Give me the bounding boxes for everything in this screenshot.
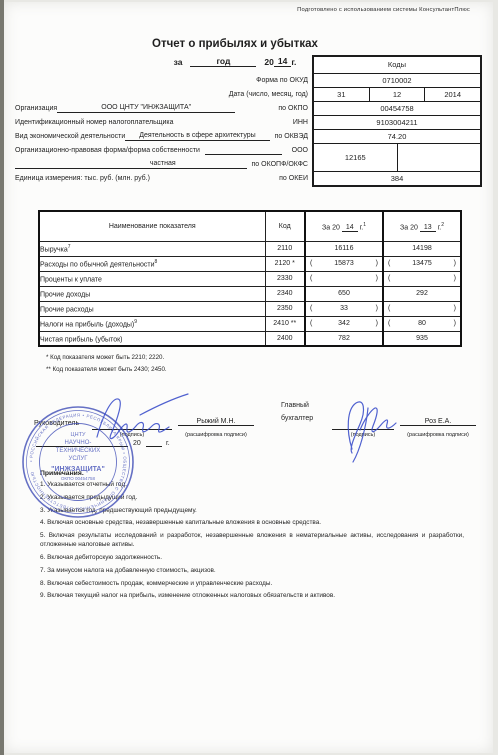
table-header-row: Наименование показателя Код За 20 14 г.1… bbox=[39, 211, 461, 241]
ownership-value: частная bbox=[15, 160, 247, 170]
column-header-2013: За 20 13 г.2 bbox=[383, 211, 461, 241]
accountant-name: Роз Е.А. bbox=[400, 418, 476, 426]
value-2014-cell: (342) bbox=[305, 316, 383, 331]
period-kind: год bbox=[190, 56, 256, 67]
table-row: Выручка7 2110 16116 14198 bbox=[39, 241, 461, 256]
table-row: Чистая прибыль (убыток) 2400 782 935 bbox=[39, 331, 461, 346]
table-row: Налоги на прибыль (доходы)9 2410 ** (342… bbox=[39, 316, 461, 331]
okfs-value bbox=[397, 144, 481, 171]
legal-form-label: Организационно-правовая форма/форма собс… bbox=[15, 147, 200, 156]
date-month: 12 bbox=[369, 88, 425, 101]
sign-date-year-blank bbox=[146, 437, 162, 447]
value-2013-cell: () bbox=[383, 271, 461, 286]
okopf-value: 12165 bbox=[314, 144, 397, 171]
notes-list: 1. Указывается отчетный год.2. Указывает… bbox=[40, 480, 464, 601]
note-item: 4. Включая основные средства, незавершен… bbox=[40, 518, 464, 528]
okud-label: Форма по ОКУД bbox=[251, 77, 308, 86]
table-row: Прочие расходы 2350 (33) () bbox=[39, 301, 461, 316]
indicator-code-cell: 2330 bbox=[265, 271, 305, 286]
column-header-name: Наименование показателя bbox=[39, 211, 265, 241]
value-2013-cell: 935 bbox=[383, 331, 461, 346]
accountant-role-1: Главный bbox=[281, 402, 309, 409]
indicator-code-cell: 2400 bbox=[265, 331, 305, 346]
value-2013-cell: 292 bbox=[383, 286, 461, 301]
indicator-code-cell: 2110 bbox=[265, 241, 305, 256]
okved-value: 74.20 bbox=[314, 129, 480, 143]
okopf-cells: 12165 bbox=[314, 143, 480, 171]
indicator-name-cell: Налоги на прибыль (доходы)9 bbox=[39, 316, 265, 331]
ownership-row: частная по ОКОПФ/ОКФС bbox=[15, 155, 308, 169]
inn-row: Идентификационный номер налогоплательщик… bbox=[15, 113, 308, 127]
notes-heading: Примечания. bbox=[40, 470, 464, 477]
watermark: Подготовлено с использованием системы Ко… bbox=[297, 7, 470, 13]
org-label: Организация bbox=[15, 105, 57, 114]
date-year: 2014 bbox=[424, 88, 480, 101]
okei-label: по ОКЕИ bbox=[274, 175, 308, 184]
period-century: 20 bbox=[264, 57, 273, 67]
leader-name: Рыжий М.Н. bbox=[178, 418, 254, 426]
footnote: * Код показателя может быть 2210; 2220. bbox=[46, 352, 167, 364]
leader-signature-line bbox=[92, 408, 172, 430]
indicator-name-cell: Прочие доходы bbox=[39, 286, 265, 301]
activity-value: Деятельность в сфере архитектуры bbox=[125, 132, 269, 142]
ooo-label: ООО bbox=[287, 147, 308, 156]
note-item: 3. Указывается год, предшествующий преды… bbox=[40, 506, 464, 516]
date-day: 31 bbox=[314, 88, 369, 101]
leader-decode-caption: (расшифровка подписи) bbox=[170, 432, 262, 438]
indicator-name-cell: Чистая прибыль (убыток) bbox=[39, 331, 265, 346]
indicator-name-cell: Расходы по обычной деятельности8 bbox=[39, 256, 265, 271]
note-item: 8. Включая себестоимость продаж, коммерч… bbox=[40, 579, 464, 589]
value-2013-cell: (13475) bbox=[383, 256, 461, 271]
inn-label: ИНН bbox=[288, 119, 308, 128]
value-2013-cell: (80) bbox=[383, 316, 461, 331]
notes-section: Примечания. 1. Указывается отчетный год.… bbox=[40, 470, 464, 601]
sign-date-century: 20 bbox=[133, 440, 141, 447]
unit-row: Единица измерения: тыс. руб. (млн. руб.)… bbox=[15, 169, 308, 183]
table-row: Проценты к уплате 2330 () () bbox=[39, 271, 461, 286]
okpo-value: 00454758 bbox=[314, 101, 480, 115]
table-row: Расходы по обычной деятельности8 2120 * … bbox=[39, 256, 461, 271]
okud-value: 0710002 bbox=[314, 73, 480, 87]
okved-label: по ОКВЭД bbox=[270, 133, 308, 142]
pl-table-body: Выручка7 2110 16116 14198 Расходы по обы… bbox=[39, 241, 461, 346]
inn-value: 9103004211 bbox=[314, 115, 480, 129]
indicator-name-cell: Проценты к уплате bbox=[39, 271, 265, 286]
value-2014-cell: 782 bbox=[305, 331, 383, 346]
indicator-code-cell: 2350 bbox=[265, 301, 305, 316]
note-item: 5. Включая результаты исследований и раз… bbox=[40, 531, 464, 550]
okud-label-row: Форма по ОКУД bbox=[15, 71, 308, 85]
activity-label: Вид экономической деятельности bbox=[15, 133, 125, 142]
accountant-sign-caption: (подпись) bbox=[332, 432, 394, 438]
sign-date-suffix: г. bbox=[166, 440, 170, 447]
okpo-label: по ОКПО bbox=[273, 105, 308, 114]
indicator-name-cell: Выручка7 bbox=[39, 241, 265, 256]
period-suffix: г. bbox=[291, 57, 296, 67]
indicator-code-cell: 2410 ** bbox=[265, 316, 305, 331]
value-2014-cell: 650 bbox=[305, 286, 383, 301]
note-item: 9. Включая текущий налог на прибыль, изм… bbox=[40, 591, 464, 601]
value-2014-cell: () bbox=[305, 271, 383, 286]
value-2013-cell: () bbox=[383, 301, 461, 316]
indicator-code-cell: 2120 * bbox=[265, 256, 305, 271]
org-value: ООО ЦНТУ "ИНЖЗАЩИТА" bbox=[57, 104, 235, 114]
accountant-role-2: бухгалтер bbox=[281, 415, 313, 422]
note-item: 7. За минусом налога на добавленную стои… bbox=[40, 566, 464, 576]
date-label-row: Дата (число, месяц, год) bbox=[15, 85, 308, 99]
pl-table: Наименование показателя Код За 20 14 г.1… bbox=[38, 210, 462, 347]
inn-caption: Идентификационный номер налогоплательщик… bbox=[15, 119, 174, 128]
org-row: Организация ООО ЦНТУ "ИНЖЗАЩИТА" по ОКПО bbox=[15, 99, 308, 113]
unit-label: Единица измерения: тыс. руб. (млн. руб.) bbox=[15, 175, 150, 184]
report-title: Отчет о прибылях и убытках bbox=[95, 38, 375, 50]
value-2014-cell: 16116 bbox=[305, 241, 383, 256]
indicator-code-cell: 2340 bbox=[265, 286, 305, 301]
value-2014-cell: (15873) bbox=[305, 256, 383, 271]
column-header-2014: За 20 14 г.1 bbox=[305, 211, 383, 241]
codes-header: Коды bbox=[314, 57, 480, 73]
note-item: 1. Указывается отчетный год. bbox=[40, 480, 464, 490]
accountant-signature-line bbox=[332, 408, 394, 430]
table-footnotes: * Код показателя может быть 2210; 2220. … bbox=[46, 352, 167, 376]
period-year: 14 bbox=[274, 56, 291, 67]
note-item: 6. Включая дебиторскую задолженность. bbox=[40, 553, 464, 563]
date-cells: 31 12 2014 bbox=[314, 87, 480, 101]
indicator-name-cell: Прочие расходы bbox=[39, 301, 265, 316]
legal-form-row: Организационно-правовая форма/форма собс… bbox=[15, 141, 308, 155]
note-item: 2. Указывается предыдущий год. bbox=[40, 493, 464, 503]
okopf-label: по ОКОПФ/ОКФС bbox=[247, 161, 308, 170]
codes-box: Коды 0710002 31 12 2014 00454758 9103004… bbox=[312, 55, 482, 187]
footnote: ** Код показателя может быть 2430; 2450. bbox=[46, 364, 167, 376]
value-2014-cell: (33) bbox=[305, 301, 383, 316]
okei-value: 384 bbox=[314, 171, 480, 185]
sign-date-blank bbox=[36, 437, 128, 447]
period-za: за bbox=[174, 57, 183, 67]
date-label: Дата (число, месяц, год) bbox=[224, 91, 308, 100]
accountant-decode-caption: (расшифровка подписи) bbox=[392, 432, 484, 438]
activity-row: Вид экономической деятельности Деятельно… bbox=[15, 127, 308, 141]
table-row: Прочие доходы 2340 650 292 bbox=[39, 286, 461, 301]
leader-role: Руководитель bbox=[34, 420, 79, 427]
value-2013-cell: 14198 bbox=[383, 241, 461, 256]
column-header-code: Код bbox=[265, 211, 305, 241]
